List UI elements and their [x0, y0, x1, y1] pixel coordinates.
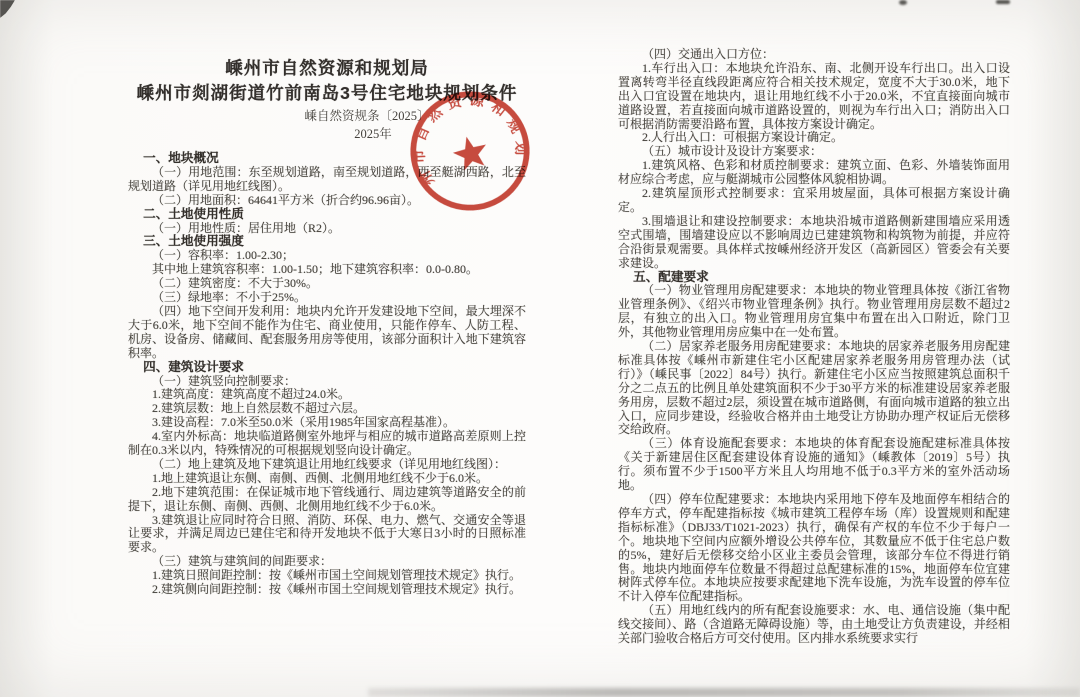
section-heading: 四、建筑设计要求: [128, 361, 526, 375]
issuing-agency: 嵊州市自然资源和规划局: [128, 56, 526, 81]
paragraph: 1.建筑日照间距控制：按《嵊州市国土空间规划管理技术规定》执行。: [128, 569, 526, 583]
paragraph: （二）居家养老服务用房配建要求：本地块的居家养老服务用房配建标准具体按《嵊州市新…: [618, 340, 1010, 437]
paragraph: （四）交通出入口方位：: [618, 48, 1010, 62]
paragraph: （三）体育设施配套要求：本地块的体育配套设施配建标准具体按《关于新建居住区配套建…: [618, 437, 1010, 493]
scan-artifact-top-left: [0, 0, 15, 18]
scan-artifact-speck: [996, 0, 1010, 4]
paragraph: 1.地上建筑退让东侧、南侧、西侧、北侧用地红线不少于6.0米。: [128, 472, 526, 486]
paragraph: 3.建筑退让应同时符合日照、消防、环保、电力、燃气、交通安全等退让要求，并满足周…: [128, 514, 526, 556]
left-column-text: 一、地块概况（一）用地范围：东至规划道路，南至规划道路，西至艇湖西路，北至规划道…: [128, 152, 526, 597]
paragraph: （三）绿地率：不小于25%。: [128, 291, 526, 305]
paragraph: 3.围墙退让和建设控制要求：本地块沿城市道路侧新建围墙应采用透空式围墙，围墙建设…: [618, 215, 1010, 271]
paragraph: 2.建筑屋顶形式控制要求：宜采用坡屋面，具体可根据方案设计确定。: [618, 187, 1010, 215]
paragraph: （五）用地红线内的所有配套设施要求：水、电、通信设施（集中配线交接间）、路（含道…: [618, 604, 1010, 646]
document-page-right: （四）交通出入口方位：1.车行出入口：本地块允许沿东、南、北侧开设车行出口。出入…: [618, 48, 1010, 646]
paragraph: （四）停车位配建要求：本地块内采用地下停车及地面停车相结合的停车方式，停车配建指…: [618, 493, 1010, 604]
paragraph: 2.建筑侧向间距控制：按《嵊州市国土空间规划管理技术规定》执行。: [128, 583, 526, 597]
paragraph: （一）物业管理用房配建要求：本地块的物业管理具体按《浙江省物业管理条例》、《绍兴…: [618, 284, 1010, 340]
scan-artifact-bottom-shadow: [368, 688, 1080, 697]
scan-artifact-speck: [899, 0, 907, 5]
paragraph: 1.建筑风格、色彩和材质控制要求：建筑立面、色彩、外墙装饰面用材应综合考虑，应与…: [618, 159, 1010, 187]
paragraph: 1.车行出入口：本地块允许沿东、南、北侧开设车行出口。出入口设置离转弯半径直线段…: [618, 62, 1010, 132]
seal-star-icon: [450, 133, 491, 173]
paragraph: （四）地下空间开发利用：地块内允许开发建设地下空间，最大埋深不大于6.0米，地下…: [128, 305, 526, 361]
paragraph: （二）建筑密度：不大于30%。: [128, 277, 526, 291]
paragraph: 4.室内外标高：地块临道路侧室外地坪与相应的城市道路高差原则上控制在0.3米以内…: [128, 430, 526, 458]
scanned-document: 嵊州市自然资源和规划局 嵊州市剡湖街道竹前南岛3号住宅地块规划条件 嵊自然资规条…: [0, 0, 1080, 697]
right-column-text: （四）交通出入口方位：1.车行出入口：本地块允许沿东、南、北侧开设车行出口。出入…: [618, 48, 1010, 646]
paragraph: 2.地下建筑范围：在保证城市地下管线通行、周边建筑等道路安全的前提下，退让东侧、…: [128, 486, 526, 514]
paragraph: （二）地上建筑及地下建筑退让用地红线要求（详见用地红线图）：: [128, 458, 526, 472]
